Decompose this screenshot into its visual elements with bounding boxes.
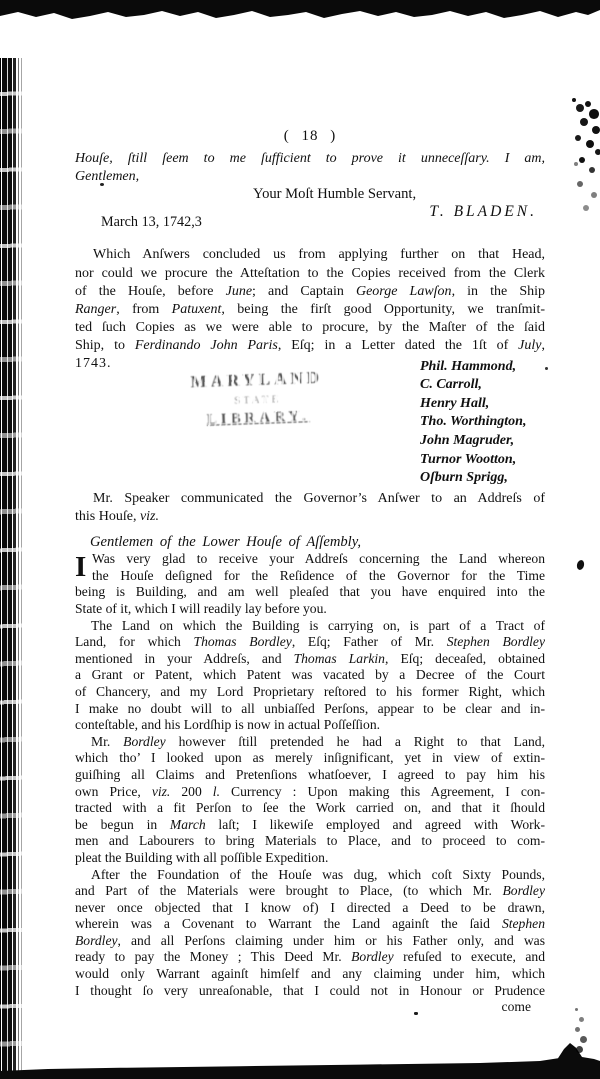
stamp-line-3: LIBRARY. xyxy=(175,407,340,430)
text-line: State of it, which I will readily lay be… xyxy=(75,601,545,618)
text-line: ready to pay the Money ; This Deed Mr. B… xyxy=(75,949,545,966)
text-line: a Grant or Patent, which Patent was vaca… xyxy=(75,667,545,684)
text-line: men and Labourers to bring Materials to … xyxy=(75,833,545,850)
governor-signature: T. BLADEN. xyxy=(429,203,537,221)
answer-paragraph-3: Mr. Bordley however ſtill pretended he h… xyxy=(75,734,545,867)
text-line: Tho. Worthington, xyxy=(420,413,526,432)
text-line: Bordley, and all Perſons claiming under … xyxy=(75,933,545,950)
text-line: Was very glad to receive your Addreſs co… xyxy=(75,551,545,568)
text-line: Land, for which Thomas Bordley, Eſq; Fat… xyxy=(75,634,545,651)
text-line: and Part of the Materials were brought t… xyxy=(75,883,545,900)
text-line: be begun in March laſt; I likewiſe emplo… xyxy=(75,817,545,834)
answer-paragraph-1-lines: Was very glad to receive your Addreſs co… xyxy=(75,551,545,617)
year-line: 1743. xyxy=(75,356,112,372)
signatories-list: Phil. Hammond,C. Carroll,Henry Hall,Tho.… xyxy=(420,358,526,488)
text-line: pleat the Building with all poſſible Exp… xyxy=(75,850,545,867)
page-number: ( 18 ) xyxy=(75,124,545,148)
text-line: tracted with a fit Perſon to ſee the Wor… xyxy=(75,800,545,817)
text-column: ( 18 ) Houſe, ſtill ſeem to me ſufficien… xyxy=(75,124,545,1016)
text-line: Ranger, from Patuxent, being the firſt g… xyxy=(75,301,545,319)
text-line: Phil. Hammond, xyxy=(420,358,526,377)
scan-noise-bottom-right xyxy=(575,1008,578,1011)
text-line: this Houſe, viz. xyxy=(75,508,545,526)
stamp-line-1: MARYLAND xyxy=(174,367,340,393)
text-line: wherein was a Covenant to Warrant the La… xyxy=(75,916,545,933)
answer-paragraph-4: After the Foundation of the Houſe was du… xyxy=(75,867,545,1000)
text-line: Henry Hall, xyxy=(420,395,526,414)
answer-paragraph-2: The Land on which the Building is carryi… xyxy=(75,618,545,734)
text-line: John Magruder, xyxy=(420,432,526,451)
text-line: The Land on which the Building is carryi… xyxy=(75,618,545,635)
address-heading: Gentlemen of the Lower Houſe of Aſſembly… xyxy=(75,533,545,551)
letter-closing-lines: Houſe, ſtill ſeem to me ſufficient to pr… xyxy=(75,150,545,186)
signature-block: 1743. MARYLAND STATE LIBRARY. Phil. Hamm… xyxy=(75,356,545,490)
text-line: own Price, viz. 200 l. Currency : Upon m… xyxy=(75,784,545,801)
scan-edge-bottom xyxy=(0,1039,600,1079)
text-line: I thought ſo very unreaſonable, that I c… xyxy=(75,983,545,1000)
letter-date: March 13, 1742,3 xyxy=(101,214,202,231)
signature-date-row: March 13, 1742,3 T. BLADEN. xyxy=(75,203,545,233)
scanned-document-page: ( 18 ) Houſe, ſtill ſeem to me ſufficien… xyxy=(0,0,600,1079)
text-line: Oſburn Sprigg, xyxy=(420,469,526,488)
library-stamp: MARYLAND STATE LIBRARY. xyxy=(174,367,341,430)
text-line: I make no doubt will to all unbiaſſed Pe… xyxy=(75,701,545,718)
stamp-line-2: STATE xyxy=(175,391,340,409)
text-line: of Chancery, and my Lord Proprietary reſ… xyxy=(75,684,545,701)
letter-closing: Houſe, ſtill ſeem to me ſufficient to pr… xyxy=(75,150,545,233)
text-line: Turnor Wootton, xyxy=(420,451,526,470)
text-line: guiſhing all Claims and Pretenſions what… xyxy=(75,767,545,784)
text-line: would only Warrant againſt himſelf and a… xyxy=(75,966,545,983)
text-line: Mr. Speaker communicated the Governor’s … xyxy=(75,490,545,508)
text-line: the Houſe deſigned for the Reſidence of … xyxy=(75,568,545,585)
catchword: come xyxy=(75,999,545,1016)
scan-edge-left xyxy=(0,58,24,1079)
text-line: Houſe, ſtill ſeem to me ſufficient to pr… xyxy=(75,150,545,168)
drop-cap: I xyxy=(75,553,86,582)
scan-edge-top xyxy=(0,0,600,22)
answer-paragraph-1: I Was very glad to receive your Addreſs … xyxy=(75,551,545,617)
transmittal-paragraph: Which Anſwers concluded us from applying… xyxy=(75,246,545,355)
text-line: Mr. Bordley however ſtill pretended he h… xyxy=(75,734,545,751)
text-line: Gentlemen, xyxy=(75,168,545,186)
scan-noise-top-right xyxy=(572,98,576,102)
text-line: never once objected that I know of) I di… xyxy=(75,900,545,917)
ink-blot xyxy=(576,559,585,570)
ink-blot xyxy=(545,367,548,370)
text-line: C. Carroll, xyxy=(420,376,526,395)
text-line: After the Foundation of the Houſe was du… xyxy=(75,867,545,884)
text-line: Which Anſwers concluded us from applying… xyxy=(75,246,545,264)
text-line: being is Building, and am well pleaſed t… xyxy=(75,584,545,601)
text-line: nor could we procure the Atteſtation to … xyxy=(75,265,545,283)
text-line: of the Houſe, before June; and Captain G… xyxy=(75,283,545,301)
speaker-note: Mr. Speaker communicated the Governor’s … xyxy=(75,490,545,526)
text-line: conteſtable, and his Lordſhip is now in … xyxy=(75,717,545,734)
text-line: which tho’ I looked upon as merely inſig… xyxy=(75,750,545,767)
text-line: Ship, to Ferdinando John Paris, Eſq; in … xyxy=(75,337,545,355)
text-line: ted ſuch Copies as we were able to procu… xyxy=(75,319,545,337)
salutation: Your Moſt Humble Servant, xyxy=(75,186,545,203)
text-line: mentioned in your Addreſs, and Thomas La… xyxy=(75,651,545,668)
